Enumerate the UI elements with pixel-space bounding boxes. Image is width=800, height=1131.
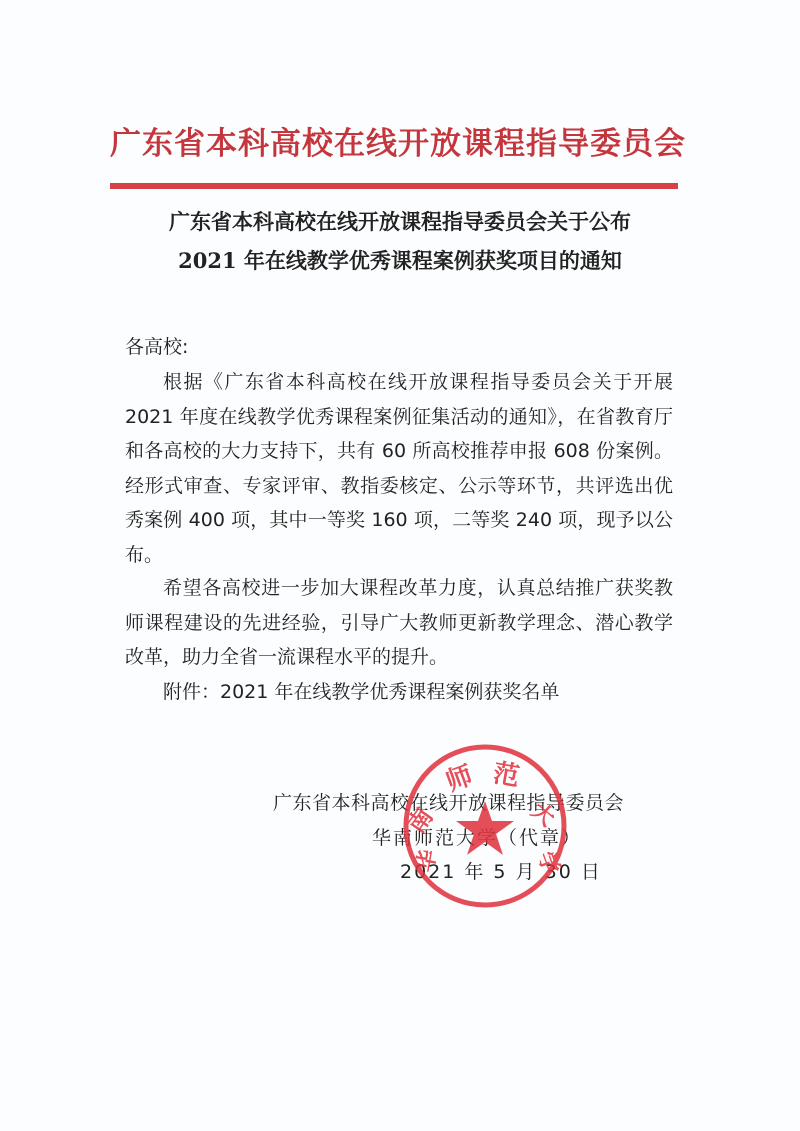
salutation: 各高校:: [125, 330, 188, 365]
attachment-note: 附件：2021 年在线教学优秀课程案例获奖名单: [125, 675, 673, 710]
letterhead-title: 广东省本科高校在线开放课程指导委员会: [110, 118, 680, 163]
letterhead-divider: [110, 183, 678, 189]
document-page: 广东省本科高校在线开放课程指导委员会 广东省本科高校在线开放课程指导委员会关于公…: [0, 0, 800, 1131]
document-title-line-1: 广东省本科高校在线开放课程指导委员会关于公布: [100, 206, 700, 236]
signature-issuer: 广东省本科高校在线开放课程指导委员会: [273, 788, 624, 815]
document-title-line-2: 2021 年在线教学优秀课程案例获奖项目的通知: [100, 245, 700, 275]
paragraph-encouragement: 希望各高校进一步加大课程改革力度，认真总结推广获奖教师课程建设的先进经验，引导广…: [125, 571, 673, 675]
signature-seal-holder: 华南师范大学（代章）: [372, 823, 582, 850]
signature-date: 2021 年 5 月 30 日: [400, 857, 602, 884]
paragraph-announcement: 根据《广东省本科高校在线开放课程指导委员会关于开展 2021 年度在线教学优秀课…: [125, 365, 673, 572]
